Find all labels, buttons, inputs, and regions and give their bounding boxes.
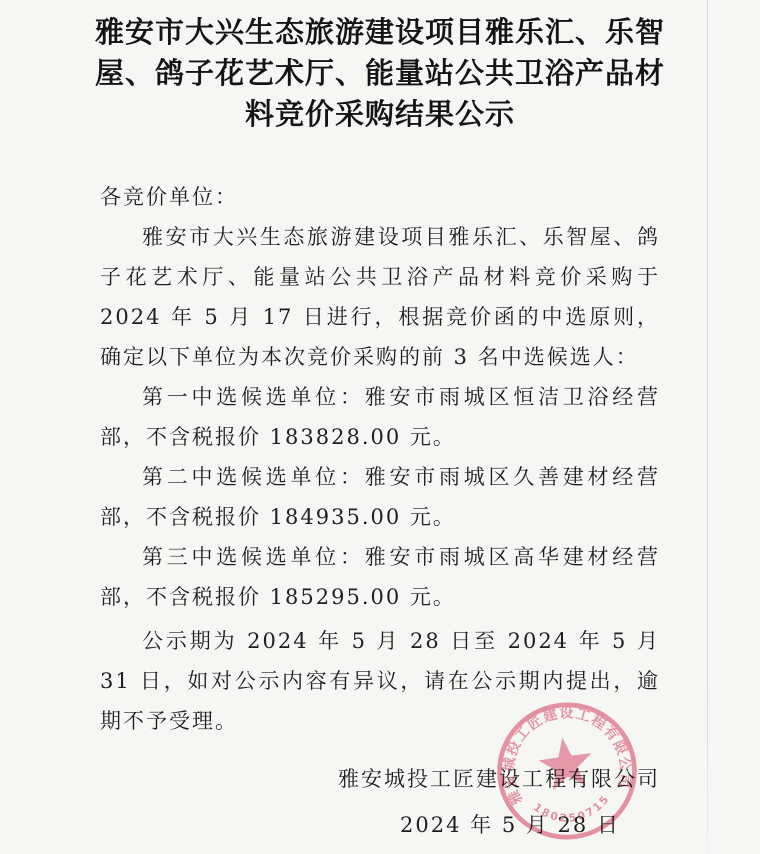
paragraph-intro: 雅安市大兴生态旅游建设项目雅乐汇、乐智屋、鸽子花艺术厅、能量站公共卫浴产品材料竞… <box>100 217 660 377</box>
title-line-3: 料竞价采购结果公示 <box>0 94 760 135</box>
signature-company: 雅安城投工匠建设工程有限公司 <box>100 759 660 799</box>
page-title: 雅安市大兴生态旅游建设项目雅乐汇、乐智 屋、鸽子花艺术厅、能量站公共卫浴产品材 … <box>0 0 760 135</box>
paragraph-first-candidate: 第一中选候选单位：雅安市雨城区恒洁卫浴经营部，不含税报价 183828.00 元… <box>100 377 660 457</box>
paragraph-second-candidate: 第二中选候选单位：雅安市雨城区久善建材经营部，不含税报价 184935.00 元… <box>100 457 660 537</box>
title-line-2: 屋、鸽子花艺术厅、能量站公共卫浴产品材 <box>0 53 760 94</box>
paragraph-publicity-period: 公示期为 2024 年 5 月 28 日至 2024 年 5 月 31 日，如对… <box>100 621 660 705</box>
signature-date: 2024 年 5 月 28 日 <box>360 805 660 845</box>
salutation: 各竞价单位： <box>100 177 660 217</box>
signature-block: 雅安城投工匠建设工程有限公司 2024 年 5 月 28 日 <box>100 759 660 845</box>
title-line-1: 雅安市大兴生态旅游建设项目雅乐汇、乐智 <box>0 12 760 53</box>
paragraph-third-candidate: 第三中选候选单位：雅安市雨城区高华建材经营部，不含税报价 185295.00 元… <box>100 537 660 617</box>
announcement-page: 雅安市大兴生态旅游建设项目雅乐汇、乐智 屋、鸽子花艺术厅、能量站公共卫浴产品材 … <box>0 0 760 854</box>
document-body: 各竞价单位： 雅安市大兴生态旅游建设项目雅乐汇、乐智屋、鸽子花艺术厅、能量站公共… <box>100 177 660 705</box>
